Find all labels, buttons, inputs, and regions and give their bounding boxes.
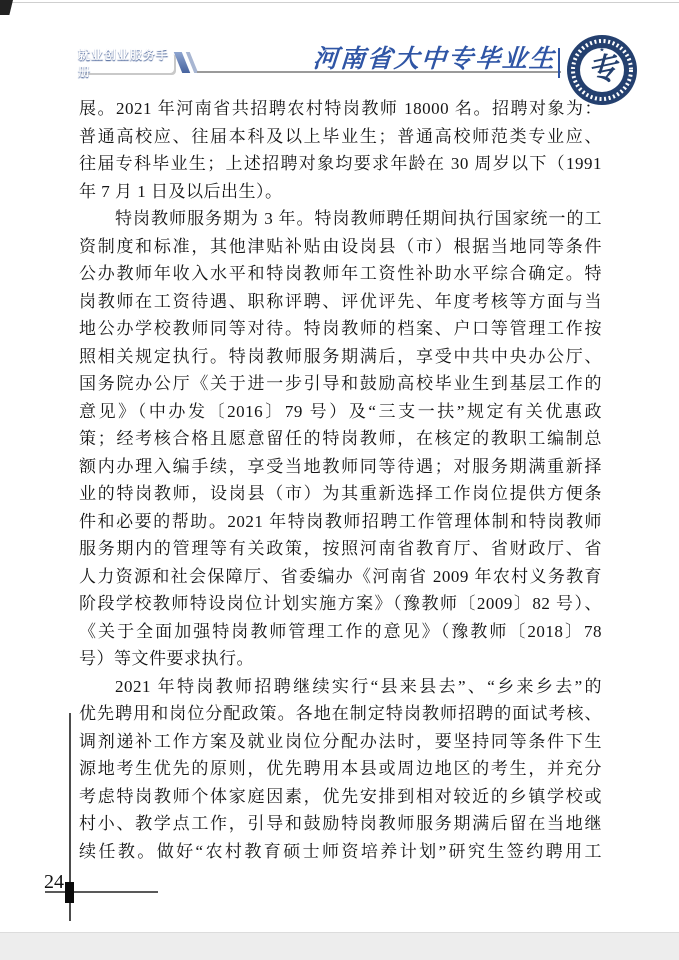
body-text: 展。2021 年河南省共招聘农村特岗教师 18000 名。招聘对象为：普通高校应… [79, 95, 602, 865]
text-line: 地公办学校教师同等对待。特岗教师的档案、户口等管理工作按 [79, 315, 602, 343]
text-line: 照相关规定执行。特岗教师服务期满后，享受中共中央办公厅、 [79, 343, 602, 371]
text-line: 2021 年特岗教师招聘继续实行“县来县去”、“乡来乡去”的 [79, 673, 602, 701]
text-line: 服务期内的管理等有关政策，按照河南省教育厅、省财政厅、省 [79, 535, 602, 563]
text-line: 年 7 月 1 日及以后出生）。 [79, 178, 602, 206]
text-line: 岗教师在工资待遇、职称评聘、评优评先、年度考核等方面与当 [79, 288, 602, 316]
text-line: 公办教师年收入水平和特岗教师年工资性补助水平综合确定。特 [79, 260, 602, 288]
text-line: 件和必要的帮助。2021 年特岗教师招聘工作管理体制和特岗教师 [79, 508, 602, 536]
manual-title-badge: 就业创业服务手册 [78, 52, 174, 73]
text-line: 号）等文件要求执行。 [79, 645, 602, 673]
text-line: 特岗教师服务期为 3 年。特岗教师聘任期间执行国家统一的工 [79, 205, 602, 233]
text-line: 策；经考核合格且愿意留任的特岗教师，在核定的教职工编制总 [79, 425, 602, 453]
text-line: 《关于全面加强特岗教师管理工作的意见》（豫教师〔2018〕78 [79, 618, 602, 646]
page-number-marker [65, 882, 74, 903]
text-line: 源地考生优先的原则，优先聘用本县或周边地区的考生，并充分 [79, 755, 602, 783]
text-line: 资制度和标准，其他津贴补贴由设岗县（市）根据当地同等条件 [79, 233, 602, 261]
page-header: 就业创业服务手册 河南省大中专毕业生 ★ 专 [0, 0, 679, 110]
text-line: 业的特岗教师，设岗县（市）为其重新选择工作岗位提供方便条 [79, 480, 602, 508]
text-line: 展。2021 年河南省共招聘农村特岗教师 18000 名。招聘对象为： [79, 95, 602, 123]
paragraph: 特岗教师服务期为 3 年。特岗教师聘任期间执行国家统一的工资制度和标准，其他津贴… [79, 205, 602, 673]
text-line: 人力资源和社会保障厅、省委编办《河南省 2009 年农村义务教育 [79, 563, 602, 591]
bottom-scan-edge [0, 932, 679, 960]
text-line: 额内办理入编手续，享受当地教师同等待遇；对服务期满重新择 [79, 453, 602, 481]
calligraphy-title: 河南省大中专毕业生 [312, 42, 555, 78]
text-line: 普通高校应、往届本科及以上毕业生；普通高校师范类专业应、 [79, 123, 602, 151]
paragraph: 展。2021 年河南省共招聘农村特岗教师 18000 名。招聘对象为：普通高校应… [79, 95, 602, 205]
text-line: 阶段学校教师特设岗位计划实施方案》（豫教师〔2009〕82 号）、 [79, 590, 602, 618]
title-divider [558, 48, 560, 78]
text-line: 调剂递补工作方案及就业岗位分配办法时，要坚持同等条件下生 [79, 728, 602, 756]
text-line: 续任教。做好“农村教育硕士师资培养计划”研究生签约聘用工 [79, 838, 602, 866]
manual-title-label: 就业创业服务手册 [78, 46, 174, 80]
text-line: 国务院办公厅《关于进一步引导和鼓励高校毕业生到基层工作的 [79, 370, 602, 398]
paragraph: 2021 年特岗教师招聘继续实行“县来县去”、“乡来乡去”的优先聘用和岗位分配政… [79, 673, 602, 866]
text-line: 村小、教学点工作，引导和鼓励特岗教师服务期满后留在当地继 [79, 810, 602, 838]
text-line: 往届专科毕业生；上述招聘对象均要求年龄在 30 周岁以下（1991 [79, 150, 602, 178]
text-line: 考虑特岗教师个体家庭因素，优先安排到相对较近的乡镇学校或 [79, 783, 602, 811]
text-line: 优先聘用和岗位分配政策。各地在制定特岗教师招聘的面试考核、 [79, 700, 602, 728]
page-number: 24 [36, 871, 64, 893]
text-line: 意见》（中办发〔2016〕79 号）及“三支一扶”规定有关优惠政 [79, 398, 602, 426]
